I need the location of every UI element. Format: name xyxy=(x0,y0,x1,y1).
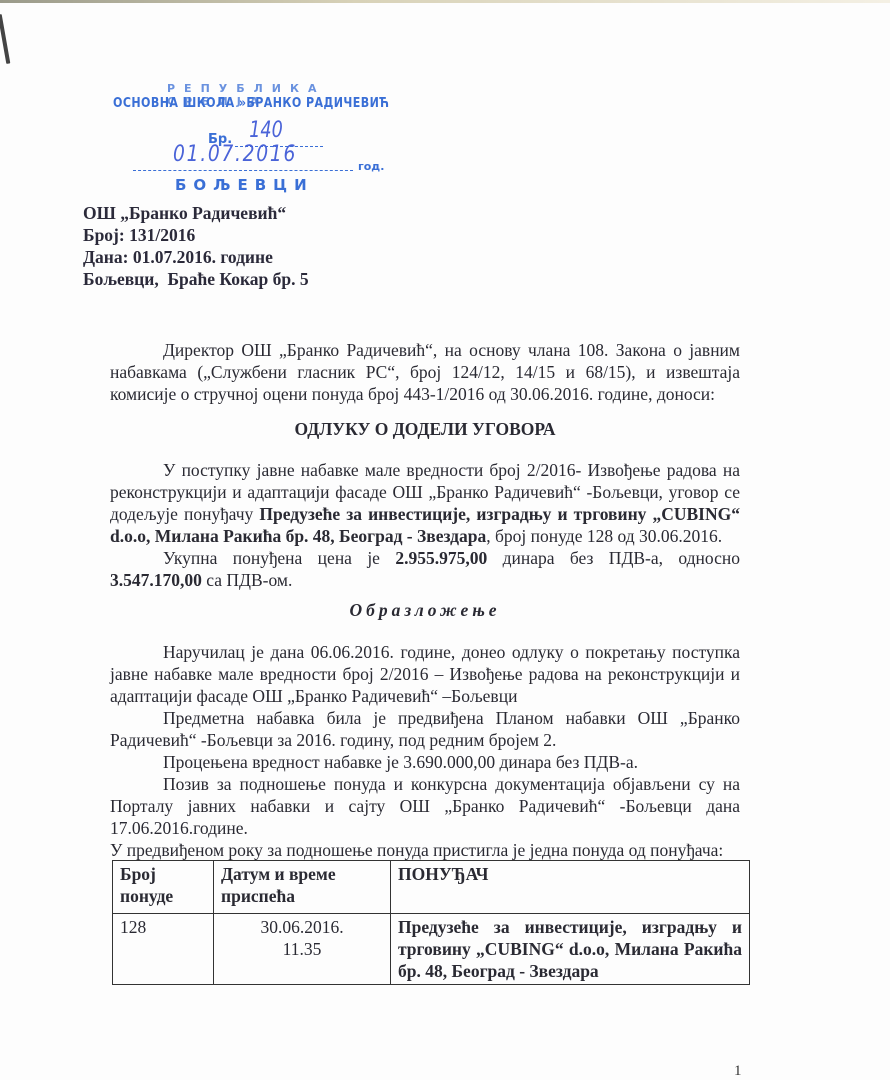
intro-paragraph: Директор ОШ „Бранко Радичевић“, на основ… xyxy=(110,339,740,405)
document-number: Број: 131/2016 xyxy=(83,224,309,246)
cell-time: 11.35 xyxy=(221,938,383,960)
table-header-row: Број понуде Датум и време приспећа ПОНУЂ… xyxy=(113,861,750,914)
scan-top-edge xyxy=(0,0,890,3)
offers-table: Број понуде Датум и време приспећа ПОНУЂ… xyxy=(112,860,750,985)
page-number: 1 xyxy=(734,1063,742,1080)
document-date: Дана: 01.07.2016. године xyxy=(83,246,309,268)
explanation-paragraph-3: Процењена вредност набавке је 3.690.000,… xyxy=(110,751,740,773)
stamp-date-line xyxy=(133,170,353,171)
price-with-vat: 3.547.170,00 xyxy=(110,570,202,590)
cell-date: 30.06.2016. xyxy=(221,916,383,938)
header-date-time: Датум и време приспећа xyxy=(214,861,391,914)
official-stamp: РЕПУБЛИКА СРБИЈА ОСНОВНА ШКОЛА »БРАНКО Р… xyxy=(105,78,375,198)
stamp-number-handwritten: 140 xyxy=(249,118,283,143)
explanation-paragraph-4: Позив за подношење понуда и конкурсна до… xyxy=(110,773,740,839)
price-text: динара без ПДВ-а, односно xyxy=(487,548,740,568)
header-bidder: ПОНУЂАЧ xyxy=(391,861,750,914)
stamp-date-handwritten: 01.07.2016 xyxy=(173,142,297,167)
decision-title: ОДЛУКУ О ДОДЕЛИ УГОВОРА xyxy=(110,419,740,440)
scan-artifact xyxy=(0,14,10,64)
explanation-paragraph-2: Предметна набавка била је предвиђена Пла… xyxy=(110,707,740,751)
price-text: Укупна понуђена цена је xyxy=(163,548,395,568)
award-paragraph: У поступку јавне набавке мале вредности … xyxy=(110,459,740,547)
school-name: ОШ „Бранко Радичевић“ xyxy=(83,202,309,224)
explanation-title: Образложење xyxy=(110,600,740,621)
stamp-town: БОЉЕВЦИ xyxy=(175,176,314,194)
school-address: Бољевци, Браће Кокар бр. 5 xyxy=(83,268,309,290)
explanation-section: Наручилац је дана 06.06.2016. године, до… xyxy=(110,641,740,839)
header-offer-number: Број понуде xyxy=(113,861,214,914)
explanation-paragraph-1: Наручилац је дана 06.06.2016. године, до… xyxy=(110,641,740,707)
price-text: са ПДВ-ом. xyxy=(202,570,292,590)
stamp-school: ОСНОВНА ШКОЛА »БРАНКО РАДИЧЕВИЋ xyxy=(113,95,389,111)
cell-offer-number: 128 xyxy=(113,914,214,985)
stamp-year-suffix: год. xyxy=(358,160,384,173)
price-paragraph: Укупна понуђена цена је 2.955.975,00 дин… xyxy=(110,547,740,591)
received-offers-text: У предвиђеном року за подношење понуда п… xyxy=(110,840,723,861)
cell-date-time: 30.06.2016.11.35 xyxy=(214,914,391,985)
price-without-vat: 2.955.975,00 xyxy=(395,548,487,568)
table-row: 128 30.06.2016.11.35 Предузеће за инвест… xyxy=(113,914,750,985)
document-header: ОШ „Бранко Радичевић“ Број: 131/2016 Дан… xyxy=(83,202,309,290)
award-text-after: , број понуде 128 од 30.06.2016. xyxy=(486,526,722,546)
cell-bidder: Предузеће за инвестиције, изградњу и трг… xyxy=(391,914,750,985)
